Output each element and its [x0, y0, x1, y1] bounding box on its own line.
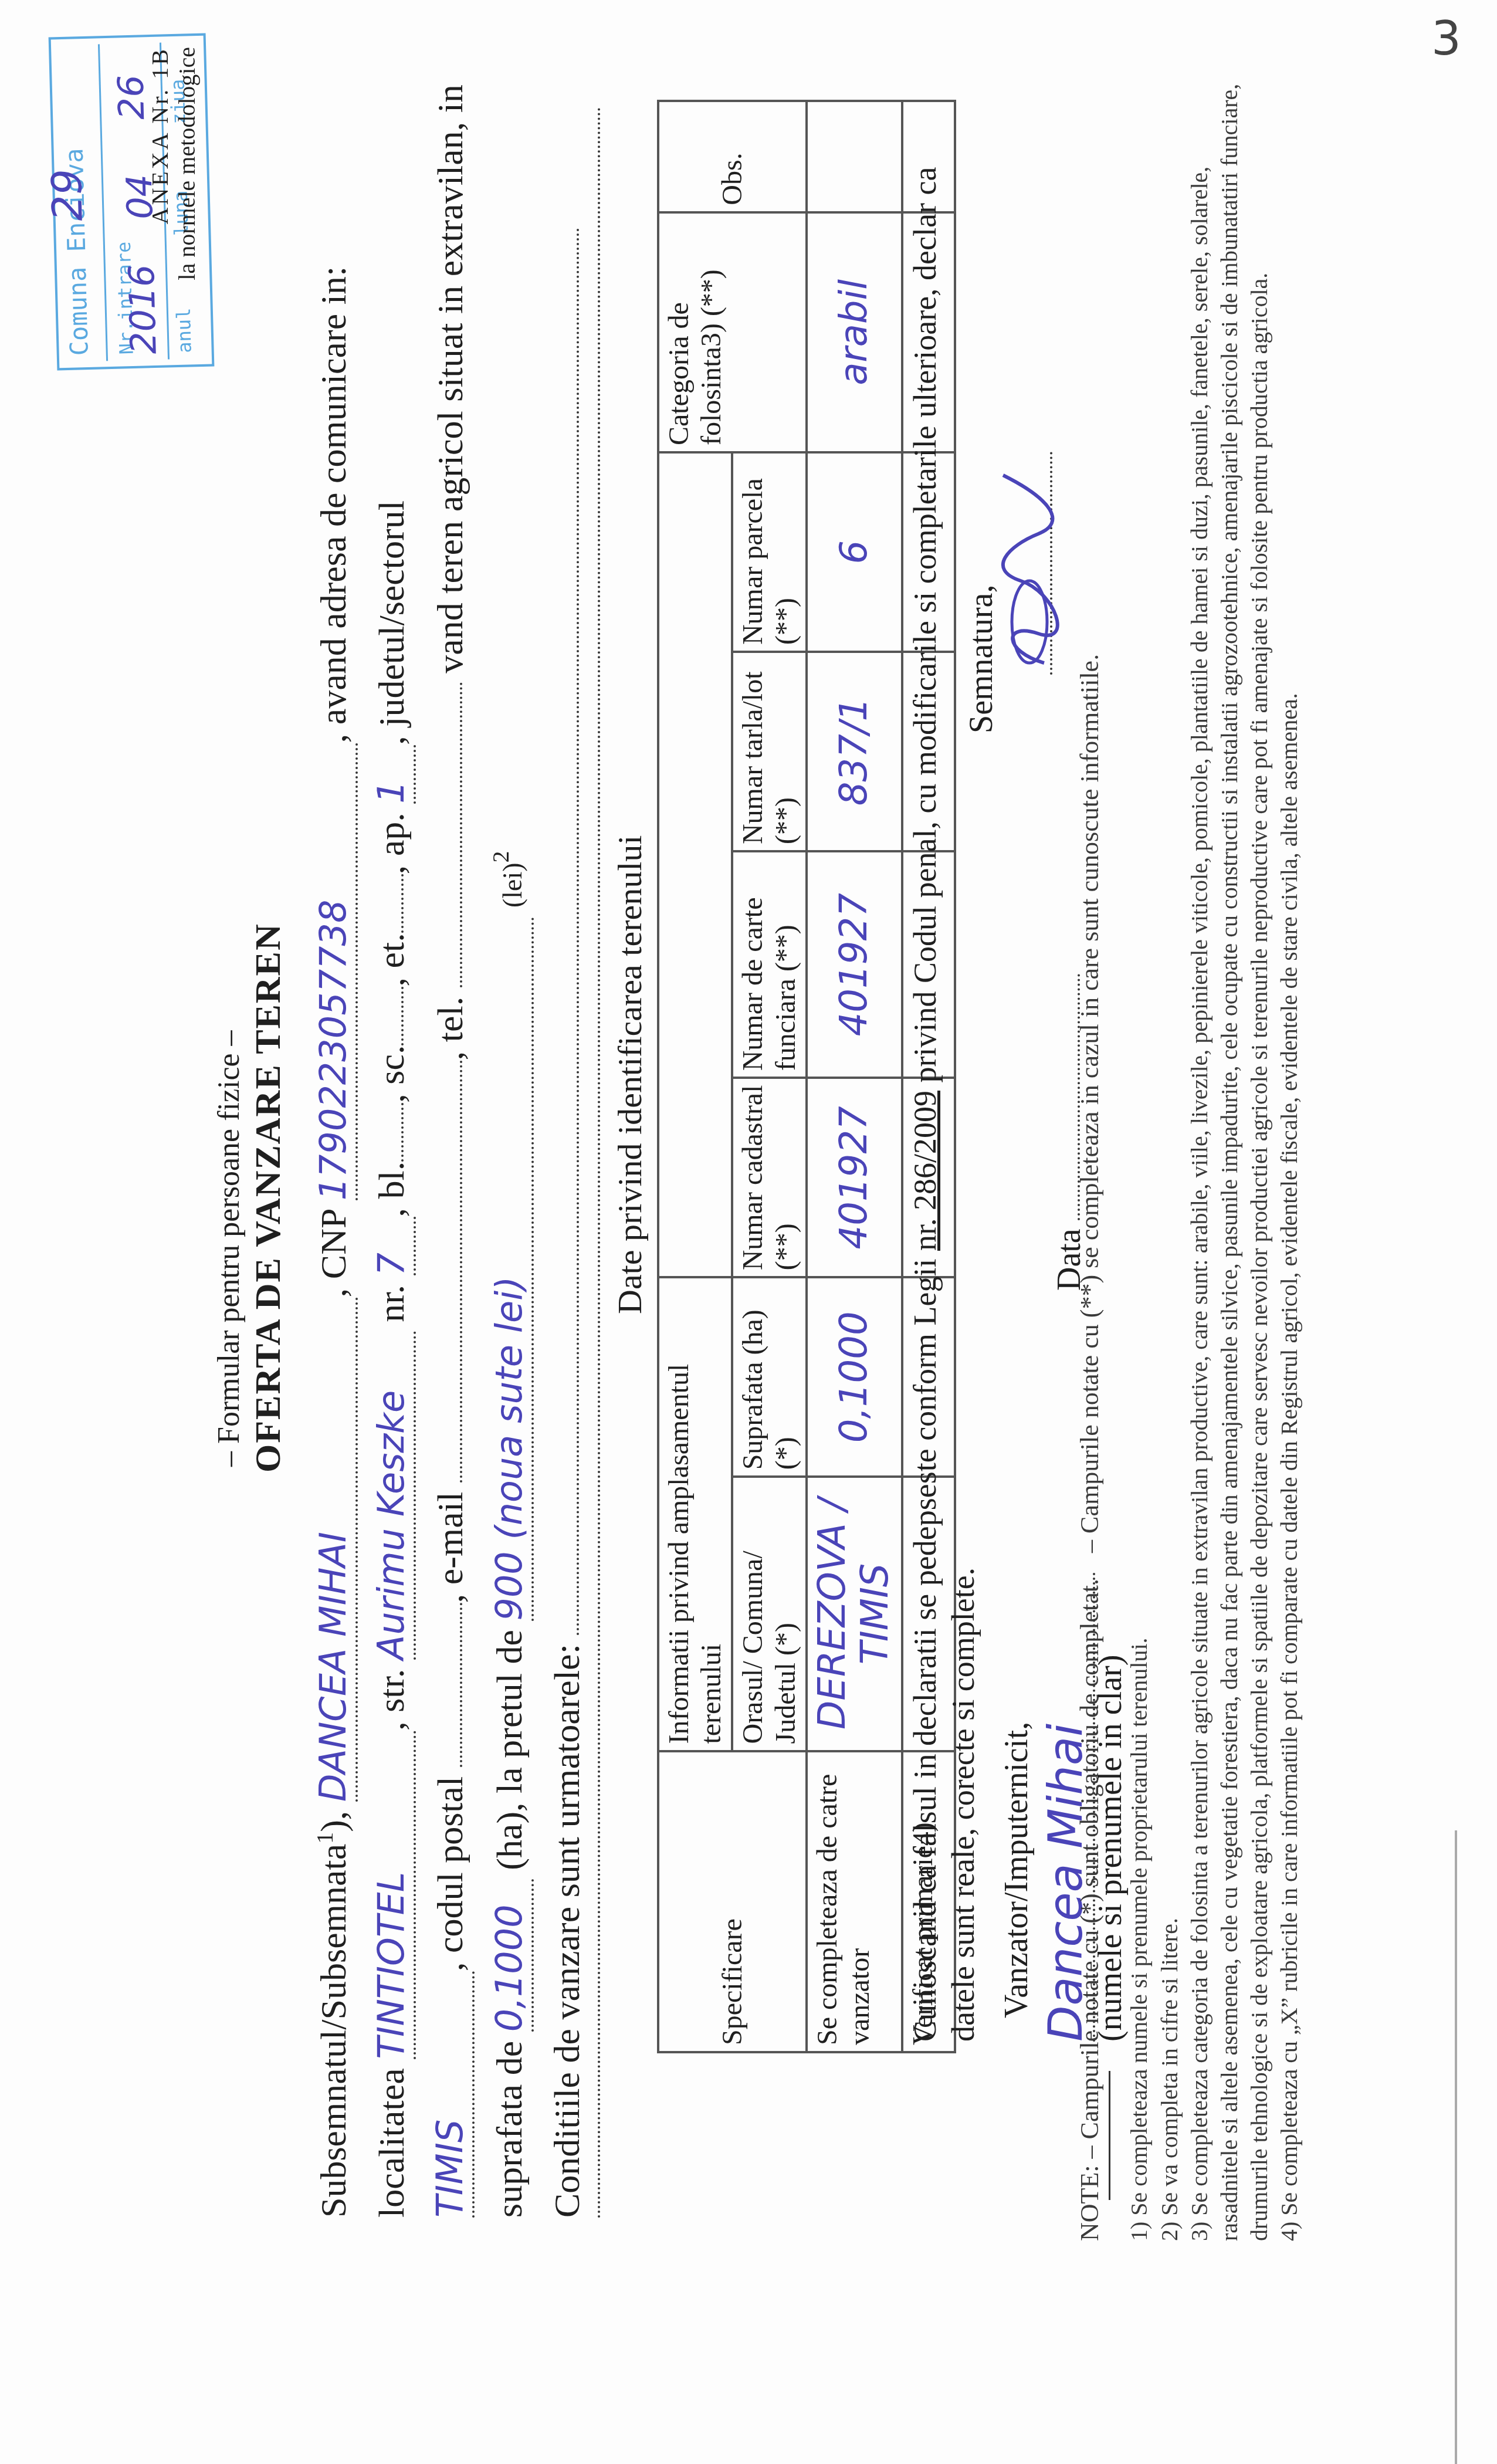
- cell-localitate[interactable]: DEREZOVA / TIMIS: [807, 1477, 902, 1751]
- stamp-registration-number: 29: [43, 168, 92, 222]
- table-title: Date privind identificarea terenului: [610, 835, 649, 1314]
- footnote-1: 1) Se completeaza numele si prenumele pr…: [1124, 70, 1154, 2241]
- cell-cadastral[interactable]: 401927: [807, 1078, 902, 1277]
- label-address-intro: avand adresa de comunicare in:: [314, 266, 354, 725]
- label-subsemnatul: Subsemnatul/Subsemnata: [314, 1844, 354, 2218]
- conditions-line: Conditiile de vanzare sunt urmatoarele:: [546, 70, 589, 2218]
- footnote-4: 4) Se completeaza cu „X” rubricile in ca…: [1274, 70, 1304, 2241]
- cell-tarla[interactable]: 837/1: [807, 652, 902, 851]
- nr-field[interactable]: 7: [370, 1217, 416, 1275]
- price-value: 900 (noua sute lei): [487, 1277, 530, 1621]
- scan-edge-line: [1455, 1830, 1457, 2464]
- document-page: Comuna Enciova 29 Nr.intrare 2016 04 26 …: [0, 0, 1497, 2464]
- bl-field[interactable]: [401, 1103, 404, 1162]
- table-row: Se completeaza de catre vanzator DEREZOV…: [807, 101, 902, 2052]
- signature-label: Semnatura,: [962, 585, 1001, 733]
- law-reference: nr. 286/2009: [907, 1091, 943, 1251]
- phone-field[interactable]: [460, 682, 462, 987]
- annex-label: ANEXA Nr. 1B la normele metodologice: [147, 47, 201, 280]
- stamp-divider: [98, 44, 108, 361]
- name-value: DANCEA MIHAI: [311, 1532, 354, 1802]
- email-field[interactable]: [460, 1060, 462, 1483]
- et-field[interactable]: [401, 874, 404, 933]
- sc-field[interactable]: [401, 987, 404, 1045]
- label-localitatea: localitatea: [372, 2068, 412, 2218]
- label-ap: ap.: [372, 813, 412, 856]
- localitatea-field[interactable]: TINTIOTEL: [370, 1731, 416, 2059]
- notes-header: NOTE: – Campurile notate cu (*) sunt obl…: [1073, 70, 1106, 2241]
- seller-label: Vanzator/Imputernicit,: [997, 1722, 1037, 2018]
- cell-categoria[interactable]: arabil: [807, 212, 902, 452]
- footnote-ref: 1: [311, 1832, 338, 1844]
- annex-reference: la normele metodologice: [174, 47, 201, 280]
- ap-value: 1: [370, 780, 412, 803]
- label-judet: judetul/sectorul: [372, 500, 412, 727]
- page-number: 3: [1431, 11, 1461, 66]
- footnote-ref: 2: [487, 851, 514, 862]
- cnp-value: 1790223057738: [311, 900, 354, 1201]
- col-header-cadastral: Numar cadastral (**): [732, 1078, 806, 1277]
- cnp-field[interactable]: 1790223057738: [311, 743, 358, 1200]
- group-header-empty: [658, 452, 732, 1277]
- footnote-2: 2) Se va completa in cifre si litere.: [1154, 70, 1184, 2241]
- contact-line: TIMIS, codul postal , e-mail , tel. vand…: [428, 70, 475, 2218]
- price-field[interactable]: 900 (noua sute lei): [487, 917, 534, 1621]
- area-field[interactable]: 0,1000: [487, 1879, 534, 2032]
- page-title: OFERTA DE VANZARE TEREN: [246, 923, 290, 1473]
- conditions-field[interactable]: [577, 227, 579, 1635]
- annex-number: ANEXA Nr. 1B: [147, 47, 174, 280]
- label-ha-pret: (ha), la pretul de: [490, 1630, 530, 1870]
- judet-field[interactable]: TIMIS: [428, 1971, 475, 2218]
- label-lei: (lei): [497, 862, 527, 908]
- label-suprafata: suprafata de: [490, 2041, 530, 2218]
- conditions-line-2: [592, 70, 603, 2218]
- cell-parcela[interactable]: 6: [807, 452, 902, 652]
- label-conditii: Conditiile de vanzare sunt urmatoarele:: [547, 1644, 587, 2218]
- col-header-localitate: Orasul/ Comuna/ Judetul (*): [732, 1477, 806, 1751]
- col-header-categoria: Categoria de folosinta3) (**): [658, 212, 807, 452]
- label-sc: sc.: [372, 1045, 412, 1085]
- col-header-tarla: Numar tarla/lot (**): [732, 652, 806, 851]
- label-nr: nr.: [372, 1285, 412, 1322]
- notes-title: NOTE:: [1075, 2165, 1104, 2241]
- signature-field[interactable]: [997, 452, 1065, 675]
- label-codul-postal: codul postal: [431, 1776, 470, 1953]
- col-header-specificare: Specificare: [658, 1751, 807, 2052]
- group-header-amplasament: Informatii privind amplasamentul terenul…: [658, 1277, 732, 1751]
- notes-mandatory: – Campurile notate cu (*) sunt obligator…: [1075, 1579, 1104, 2159]
- label-vand: vand teren agricol situat in extravilan,…: [431, 84, 470, 673]
- street-field[interactable]: Aurimu Keszke: [370, 1331, 416, 1660]
- notes-section: NOTE: – Campurile notate cu (*) sunt obl…: [1073, 70, 1304, 2241]
- cell-obs[interactable]: [807, 101, 902, 212]
- label-email: e-mail: [431, 1492, 470, 1585]
- declaration-before: Cunoscand ca falsul in declaratii se ped…: [907, 1258, 943, 2042]
- footnote-3: 3) Se completeaza categoria de folosinta…: [1184, 70, 1275, 2241]
- street-value: Aurimu Keszke: [370, 1390, 412, 1660]
- label-tel: tel.: [431, 997, 470, 1042]
- declaration-text: Cunoscand ca falsul in declaratii se ped…: [906, 94, 983, 2042]
- table-header-row: Specificare Informatii privind amplasame…: [658, 101, 732, 2052]
- label-cnp: CNP: [314, 1210, 354, 1279]
- cell-suprafata[interactable]: 0,1000: [807, 1277, 902, 1477]
- notes-conditional: – Campurile notate cu (**) se completeaz…: [1075, 654, 1104, 1553]
- area-price-line: suprafata de 0,1000 (ha), la pretul de 9…: [487, 70, 534, 2218]
- cell-carte-funciara[interactable]: 401927: [807, 851, 902, 1078]
- declarant-name-line: Subsemnatul/Subsemnata1), DANCEA MIHAI, …: [311, 70, 358, 2218]
- area-value: 0,1000: [487, 1904, 530, 2032]
- nr-value: 7: [370, 1253, 412, 1275]
- label-str: str.: [372, 1669, 412, 1712]
- ap-field[interactable]: 1: [370, 745, 416, 804]
- form-subtitle: – Formular pentru persoane fizice –: [211, 1030, 248, 1467]
- col-header-suprafata: Suprafata (ha) (*): [732, 1277, 806, 1477]
- col-header-obs: Obs.: [658, 101, 807, 212]
- label-et: et.: [372, 933, 412, 968]
- row-label: Se completeaza de catre vanzator: [807, 1751, 902, 2052]
- address-line: localitatea TINTIOTEL, str. Aurimu Keszk…: [370, 70, 416, 2218]
- col-header-carte-funciara: Numar de carte funciara (**): [732, 851, 806, 1078]
- signature-scribble-icon: [997, 463, 1062, 675]
- name-field[interactable]: DANCEA MIHAI: [311, 1297, 358, 1802]
- judet-value: TIMIS: [428, 2120, 471, 2218]
- col-header-parcela: Numar parcela (**): [732, 452, 806, 652]
- stamp-label-an: anul: [172, 307, 196, 353]
- localitatea-value: TINTIOTEL: [370, 1872, 412, 2059]
- postal-code-field[interactable]: [460, 1603, 462, 1767]
- label-bl: bl.: [372, 1162, 412, 1199]
- conditions-field-2[interactable]: [598, 106, 600, 2218]
